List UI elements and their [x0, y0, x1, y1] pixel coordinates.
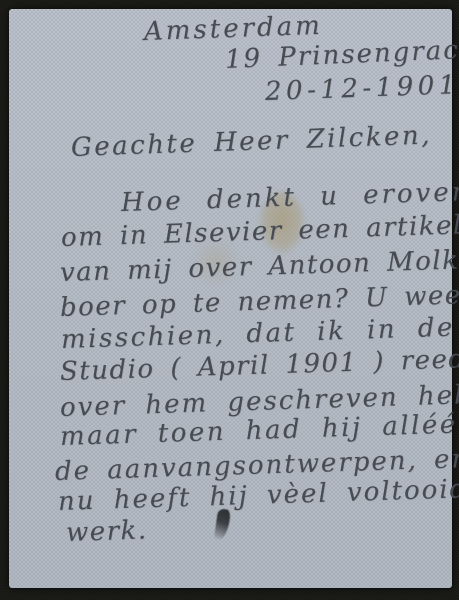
photo-background: Amsterdam 19 Prinsengracht 20-12-1901 Ge… [0, 0, 459, 600]
letter-paper: Amsterdam 19 Prinsengracht 20-12-1901 Ge… [9, 9, 452, 588]
ink-blot [214, 508, 231, 541]
letter-date: 20-12-1901 [265, 72, 459, 105]
letter-place: Amsterdam [144, 13, 324, 45]
letter-body-line: werk. [66, 517, 148, 546]
letter-body-line: om in Elsevier een artikel [61, 212, 459, 251]
letter-body-line: van mij over Antoon Molken„ [60, 246, 459, 286]
letter-salutation: Geachte Heer Zilcken, [71, 122, 433, 161]
letter-body-line: Hoe denkt u erover [121, 179, 459, 216]
